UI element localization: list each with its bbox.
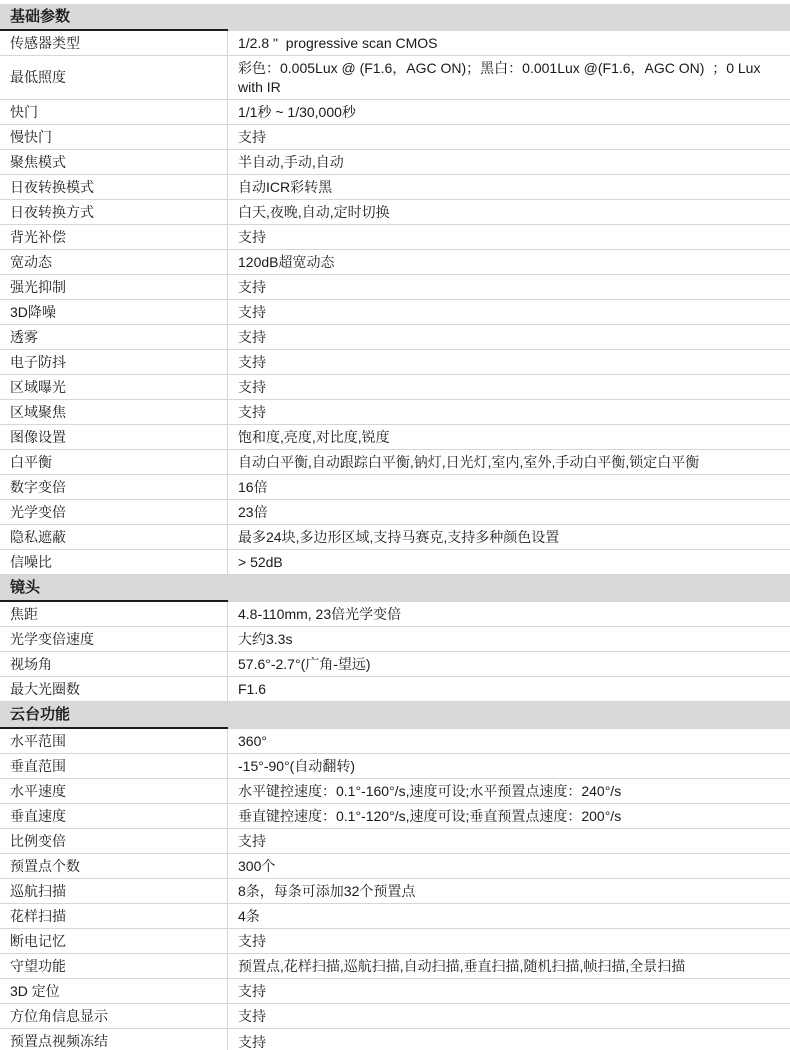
spec-label: 透雾 xyxy=(10,328,38,347)
spec-value: 自动白平衡,自动跟踪白平衡,钠灯,日光灯,室内,室外,手动白平衡,锁定白平衡 xyxy=(238,453,699,472)
spec-value: 支持 xyxy=(238,1033,266,1050)
spec-label: 信噪比 xyxy=(10,553,52,572)
spec-value: > 52dB xyxy=(238,553,283,572)
spec-value-cell: 水平键控速度：0.1°-160°/s,速度可设;水平预置点速度：240°/s xyxy=(228,779,790,804)
table-row: 最大光圈数F1.6 xyxy=(0,677,790,702)
spec-value-cell: 4条 xyxy=(228,904,790,929)
spec-label-cell: 光学变倍速度 xyxy=(0,627,228,652)
spec-value-cell: 半自动,手动,自动 xyxy=(228,150,790,175)
spec-label-cell: 花样扫描 xyxy=(0,904,228,929)
spec-value: 自动ICR彩转黑 xyxy=(238,178,332,197)
spec-value: 支持 xyxy=(238,378,266,397)
spec-label: 日夜转换方式 xyxy=(10,203,94,222)
spec-label-cell: 水平范围 xyxy=(0,729,228,754)
spec-label-cell: 视场角 xyxy=(0,652,228,677)
spec-label-cell: 最大光圈数 xyxy=(0,677,228,702)
section-title: 基础参数 xyxy=(10,6,70,27)
spec-value-cell: 彩色：0.005Lux @ (F1.6，AGC ON)；黑白：0.001Lux … xyxy=(228,56,790,100)
spec-value-cell: 23倍 xyxy=(228,500,790,525)
spec-value-cell: 57.6°-2.7°(广角-望远) xyxy=(228,652,790,677)
table-row: 预置点个数300个 xyxy=(0,854,790,879)
table-row: 水平范围360° xyxy=(0,729,790,754)
table-row: 水平速度水平键控速度：0.1°-160°/s,速度可设;水平预置点速度：240°… xyxy=(0,779,790,804)
spec-value-cell: 支持 xyxy=(228,275,790,300)
spec-label: 方位角信息显示 xyxy=(10,1007,108,1026)
spec-label: 快门 xyxy=(10,103,38,122)
table-row: 垂直速度垂直键控速度：0.1°-120°/s,速度可设;垂直预置点速度：200°… xyxy=(0,804,790,829)
table-row: 背光补偿支持 xyxy=(0,225,790,250)
spec-value-cell: 支持 xyxy=(228,325,790,350)
spec-value: 120dB超宽动态 xyxy=(238,253,334,272)
table-row: 区域聚焦支持 xyxy=(0,400,790,425)
table-row: 快门1/1秒 ~ 1/30,000秒 xyxy=(0,100,790,125)
spec-value-cell: 白天,夜晚,自动,定时切换 xyxy=(228,200,790,225)
table-row: 视场角57.6°-2.7°(广角-望远) xyxy=(0,652,790,677)
spec-value-cell: 4.8-110mm, 23倍光学变倍 xyxy=(228,602,790,627)
spec-value: 水平键控速度：0.1°-160°/s,速度可设;水平预置点速度：240°/s xyxy=(238,782,621,801)
table-row: 光学变倍速度大约3.3s xyxy=(0,627,790,652)
spec-label: 水平范围 xyxy=(10,732,66,751)
spec-value-cell: 支持 xyxy=(228,125,790,150)
spec-label-cell: 日夜转换方式 xyxy=(0,200,228,225)
spec-value: 预置点,花样扫描,巡航扫描,自动扫描,垂直扫描,随机扫描,帧扫描,全景扫描 xyxy=(238,957,685,976)
spec-value-cell: 支持 xyxy=(228,1029,790,1050)
spec-label: 最低照度 xyxy=(10,68,66,87)
spec-label-cell: 图像设置 xyxy=(0,425,228,450)
spec-value: 支持 xyxy=(238,1007,266,1026)
table-row: 透雾支持 xyxy=(0,325,790,350)
table-row: 3D降噪支持 xyxy=(0,300,790,325)
table-row: 守望功能预置点,花样扫描,巡航扫描,自动扫描,垂直扫描,随机扫描,帧扫描,全景扫… xyxy=(0,954,790,979)
spec-value-cell: 饱和度,亮度,对比度,锐度 xyxy=(228,425,790,450)
spec-label-cell: 数字变倍 xyxy=(0,475,228,500)
section-header-filler xyxy=(228,702,790,729)
table-row: 慢快门支持 xyxy=(0,125,790,150)
spec-label: 隐私遮蔽 xyxy=(10,528,66,547)
spec-value: 4条 xyxy=(238,907,260,926)
spec-label-cell: 宽动态 xyxy=(0,250,228,275)
spec-label-cell: 白平衡 xyxy=(0,450,228,475)
spec-label-cell: 信噪比 xyxy=(0,550,228,575)
spec-value-cell: 支持 xyxy=(228,350,790,375)
spec-value: 支持 xyxy=(238,303,266,322)
spec-value-cell: 支持 xyxy=(228,979,790,1004)
section-header: 云台功能 xyxy=(0,702,790,729)
spec-label-cell: 区域聚焦 xyxy=(0,400,228,425)
spec-table: 基础参数传感器类型1/2.8 " progressive scan CMOS最低… xyxy=(0,4,790,1050)
spec-value-cell: 支持 xyxy=(228,300,790,325)
spec-value-cell: 360° xyxy=(228,729,790,754)
spec-value: 360° xyxy=(238,732,267,751)
spec-label: 宽动态 xyxy=(10,253,52,272)
spec-label: 水平速度 xyxy=(10,782,66,801)
spec-value: 23倍 xyxy=(238,503,268,522)
spec-label-cell: 传感器类型 xyxy=(0,31,228,56)
table-row: 断电记忆支持 xyxy=(0,929,790,954)
spec-value-cell: 支持 xyxy=(228,375,790,400)
spec-value: 彩色：0.005Lux @ (F1.6，AGC ON)；黑白：0.001Lux … xyxy=(238,59,780,97)
spec-value: 半自动,手动,自动 xyxy=(238,153,344,172)
spec-value: F1.6 xyxy=(238,680,266,699)
spec-value-cell: 大约3.3s xyxy=(228,627,790,652)
table-row: 最低照度彩色：0.005Lux @ (F1.6，AGC ON)；黑白：0.001… xyxy=(0,56,790,100)
table-row: 方位角信息显示支持 xyxy=(0,1004,790,1029)
spec-value: 最多24块,多边形区域,支持马赛克,支持多种颜色设置 xyxy=(238,528,559,547)
spec-label-cell: 预置点个数 xyxy=(0,854,228,879)
spec-label-cell: 光学变倍 xyxy=(0,500,228,525)
spec-page: { "colors": { "header_bg": "#d9d9d9", "r… xyxy=(0,0,790,1050)
spec-label: 比例变倍 xyxy=(10,832,66,851)
spec-label: 巡航扫描 xyxy=(10,882,66,901)
spec-label: 预置点视频冻结 xyxy=(10,1032,108,1050)
spec-label-cell: 隐私遮蔽 xyxy=(0,525,228,550)
spec-label: 垂直速度 xyxy=(10,807,66,826)
spec-label: 区域聚焦 xyxy=(10,403,66,422)
spec-label: 光学变倍速度 xyxy=(10,630,94,649)
spec-label-cell: 预置点视频冻结 xyxy=(0,1029,228,1050)
spec-value: 1/1秒 ~ 1/30,000秒 xyxy=(238,103,356,122)
section-title: 云台功能 xyxy=(10,704,70,725)
table-row: 日夜转换模式自动ICR彩转黑 xyxy=(0,175,790,200)
spec-label-cell: 比例变倍 xyxy=(0,829,228,854)
spec-value: -15°-90°(自动翻转) xyxy=(238,757,355,776)
spec-value-cell: 300个 xyxy=(228,854,790,879)
spec-label-cell: 焦距 xyxy=(0,602,228,627)
section-header: 基础参数 xyxy=(0,4,790,31)
table-row: 图像设置饱和度,亮度,对比度,锐度 xyxy=(0,425,790,450)
spec-value: 8条，每条可添加32个预置点 xyxy=(238,882,415,901)
spec-label: 守望功能 xyxy=(10,957,66,976)
table-row: 垂直范围-15°-90°(自动翻转) xyxy=(0,754,790,779)
spec-value: 支持 xyxy=(238,328,266,347)
table-row: 传感器类型1/2.8 " progressive scan CMOS xyxy=(0,31,790,56)
spec-value: 支持 xyxy=(238,278,266,297)
spec-label: 最大光圈数 xyxy=(10,680,80,699)
spec-label: 日夜转换模式 xyxy=(10,178,94,197)
spec-label-cell: 最低照度 xyxy=(0,56,228,100)
spec-label-cell: 电子防抖 xyxy=(0,350,228,375)
spec-value-cell: 支持 xyxy=(228,225,790,250)
section-title: 镜头 xyxy=(10,577,40,598)
table-row: 区域曝光支持 xyxy=(0,375,790,400)
spec-value-cell: 8条，每条可添加32个预置点 xyxy=(228,879,790,904)
section-header-filler xyxy=(228,4,790,31)
spec-label-cell: 3D降噪 xyxy=(0,300,228,325)
table-row: 预置点视频冻结支持 xyxy=(0,1029,790,1050)
spec-label: 白平衡 xyxy=(10,453,52,472)
section-header-cell: 云台功能 xyxy=(0,702,228,729)
spec-value-cell: 自动ICR彩转黑 xyxy=(228,175,790,200)
spec-label-cell: 强光抑制 xyxy=(0,275,228,300)
spec-value-cell: 1/1秒 ~ 1/30,000秒 xyxy=(228,100,790,125)
spec-label: 图像设置 xyxy=(10,428,66,447)
section-header-cell: 基础参数 xyxy=(0,4,228,31)
spec-value: 16倍 xyxy=(238,478,268,497)
spec-value: 4.8-110mm, 23倍光学变倍 xyxy=(238,605,401,624)
spec-value-cell: F1.6 xyxy=(228,677,790,702)
table-row: 3D 定位支持 xyxy=(0,979,790,1004)
spec-label: 视场角 xyxy=(10,655,52,674)
spec-value-cell: 支持 xyxy=(228,929,790,954)
spec-value: 1/2.8 " progressive scan CMOS xyxy=(238,34,438,53)
table-row: 光学变倍23倍 xyxy=(0,500,790,525)
spec-label-cell: 方位角信息显示 xyxy=(0,1004,228,1029)
table-row: 信噪比> 52dB xyxy=(0,550,790,575)
spec-label: 聚焦模式 xyxy=(10,153,66,172)
spec-label: 光学变倍 xyxy=(10,503,66,522)
spec-value-cell: 预置点,花样扫描,巡航扫描,自动扫描,垂直扫描,随机扫描,帧扫描,全景扫描 xyxy=(228,954,790,979)
spec-value-cell: 120dB超宽动态 xyxy=(228,250,790,275)
table-row: 电子防抖支持 xyxy=(0,350,790,375)
spec-value: 垂直键控速度：0.1°-120°/s,速度可设;垂直预置点速度：200°/s xyxy=(238,807,621,826)
table-row: 隐私遮蔽最多24块,多边形区域,支持马赛克,支持多种颜色设置 xyxy=(0,525,790,550)
spec-value: 支持 xyxy=(238,403,266,422)
spec-label: 焦距 xyxy=(10,605,38,624)
spec-value: 支持 xyxy=(238,228,266,247)
spec-value: 支持 xyxy=(238,353,266,372)
spec-value-cell: 自动白平衡,自动跟踪白平衡,钠灯,日光灯,室内,室外,手动白平衡,锁定白平衡 xyxy=(228,450,790,475)
spec-label-cell: 快门 xyxy=(0,100,228,125)
spec-label-cell: 区域曝光 xyxy=(0,375,228,400)
table-row: 宽动态120dB超宽动态 xyxy=(0,250,790,275)
spec-label-cell: 垂直范围 xyxy=(0,754,228,779)
spec-value-cell: 16倍 xyxy=(228,475,790,500)
spec-label-cell: 透雾 xyxy=(0,325,228,350)
spec-label-cell: 慢快门 xyxy=(0,125,228,150)
table-row: 聚焦模式半自动,手动,自动 xyxy=(0,150,790,175)
spec-label-cell: 水平速度 xyxy=(0,779,228,804)
table-row: 强光抑制支持 xyxy=(0,275,790,300)
spec-label-cell: 守望功能 xyxy=(0,954,228,979)
spec-label: 垂直范围 xyxy=(10,757,66,776)
spec-label-cell: 日夜转换模式 xyxy=(0,175,228,200)
spec-label-cell: 背光补偿 xyxy=(0,225,228,250)
spec-value-cell: 支持 xyxy=(228,1004,790,1029)
spec-value-cell: 最多24块,多边形区域,支持马赛克,支持多种颜色设置 xyxy=(228,525,790,550)
spec-label: 数字变倍 xyxy=(10,478,66,497)
spec-label-cell: 垂直速度 xyxy=(0,804,228,829)
table-row: 日夜转换方式白天,夜晚,自动,定时切换 xyxy=(0,200,790,225)
spec-label: 电子防抖 xyxy=(10,353,66,372)
spec-value: 支持 xyxy=(238,128,266,147)
spec-label: 3D降噪 xyxy=(10,303,56,322)
spec-value-cell: -15°-90°(自动翻转) xyxy=(228,754,790,779)
spec-value-cell: > 52dB xyxy=(228,550,790,575)
table-row: 巡航扫描8条，每条可添加32个预置点 xyxy=(0,879,790,904)
table-row: 花样扫描4条 xyxy=(0,904,790,929)
spec-label: 区域曝光 xyxy=(10,378,66,397)
spec-label: 断电记忆 xyxy=(10,932,66,951)
spec-label: 背光补偿 xyxy=(10,228,66,247)
spec-label: 传感器类型 xyxy=(10,34,80,53)
spec-value-cell: 1/2.8 " progressive scan CMOS xyxy=(228,31,790,56)
table-row: 白平衡自动白平衡,自动跟踪白平衡,钠灯,日光灯,室内,室外,手动白平衡,锁定白平… xyxy=(0,450,790,475)
spec-label: 3D 定位 xyxy=(10,982,60,1001)
section-header: 镜头 xyxy=(0,575,790,602)
spec-value: 支持 xyxy=(238,932,266,951)
section-header-cell: 镜头 xyxy=(0,575,228,602)
spec-value: 大约3.3s xyxy=(238,630,292,649)
spec-label-cell: 断电记忆 xyxy=(0,929,228,954)
spec-value-cell: 支持 xyxy=(228,829,790,854)
spec-value-cell: 垂直键控速度：0.1°-120°/s,速度可设;垂直预置点速度：200°/s xyxy=(228,804,790,829)
spec-label: 强光抑制 xyxy=(10,278,66,297)
table-row: 焦距4.8-110mm, 23倍光学变倍 xyxy=(0,602,790,627)
spec-value: 饱和度,亮度,对比度,锐度 xyxy=(238,428,390,447)
spec-label: 花样扫描 xyxy=(10,907,66,926)
spec-label-cell: 3D 定位 xyxy=(0,979,228,1004)
spec-value-cell: 支持 xyxy=(228,400,790,425)
table-row: 数字变倍16倍 xyxy=(0,475,790,500)
table-row: 比例变倍支持 xyxy=(0,829,790,854)
spec-value: 支持 xyxy=(238,832,266,851)
spec-value: 57.6°-2.7°(广角-望远) xyxy=(238,655,371,674)
spec-value: 白天,夜晚,自动,定时切换 xyxy=(238,203,390,222)
spec-label: 预置点个数 xyxy=(10,857,80,876)
spec-value: 300个 xyxy=(238,857,275,876)
spec-label-cell: 聚焦模式 xyxy=(0,150,228,175)
spec-label-cell: 巡航扫描 xyxy=(0,879,228,904)
spec-label: 慢快门 xyxy=(10,128,52,147)
section-header-filler xyxy=(228,575,790,602)
spec-value: 支持 xyxy=(238,982,266,1001)
